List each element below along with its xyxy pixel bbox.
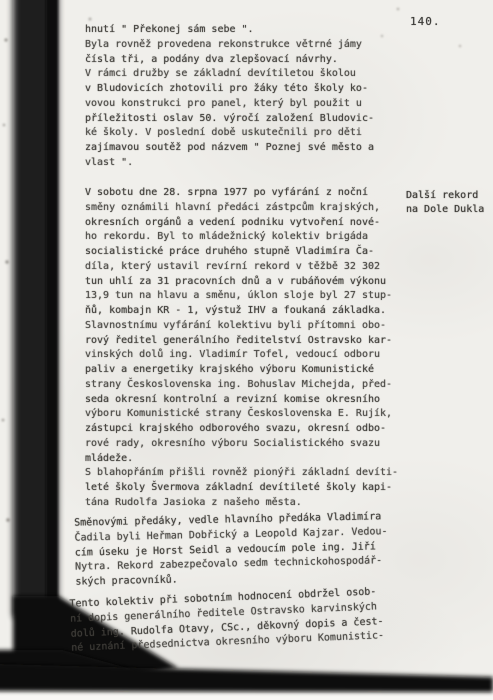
text-line: zástupci krajského odborového svazu, okr… xyxy=(85,422,403,437)
paragraph-2: V sobotu dne 28. srpna 1977 po vyfárání … xyxy=(85,186,403,511)
text-line: příležitosti oslav 50. výročí založení B… xyxy=(85,112,403,127)
paragraph-1: hnutí " Překonej sám sebe ".Byla rovněž … xyxy=(85,23,403,171)
text-line: zajímavou soutěž pod názvem " Poznej své… xyxy=(85,141,403,156)
text-line: výboru Komunistické strany Československ… xyxy=(85,407,403,422)
paragraph-2-warped-end: Tento kolektiv při sobotním hodnocení ob… xyxy=(69,585,389,657)
text-line: ho rekordu. Byl to mládežnický kolektiv … xyxy=(85,230,403,245)
text-line: vlast ". xyxy=(85,156,403,171)
text-line: Slavnostnímu vyfárání kolektivu byli pří… xyxy=(85,319,403,334)
text-line: okresních orgánů a vedení podniku vytvoř… xyxy=(85,216,403,231)
margin-note: Další rekord na Dole Dukla xyxy=(406,189,484,217)
text-line: díla, který ustavil revírní rekord v těž… xyxy=(85,260,403,275)
text-line: tána Rudolfa Jasioka z našeho města. xyxy=(85,496,403,511)
scanned-chronicle-page: 140. hnutí " Překonej sám sebe ".Byla ro… xyxy=(0,0,493,700)
text-line: paliv a energetiky krajského výboru Komu… xyxy=(85,363,403,378)
text-line: ké školy. V poslední době uskutečnili pr… xyxy=(85,126,403,141)
text-line: vinských dolů ing. Vladimír Tofel, vedou… xyxy=(85,348,403,363)
text-line: seda okresní kontrolní a revizní komise … xyxy=(85,393,403,408)
text-line: hnutí " Překonej sám sebe ". xyxy=(85,23,403,38)
text-line: čísla tři, a podány dva zlepšovací návrh… xyxy=(85,53,403,68)
text-line: strany Československa ing. Bohuslav Mich… xyxy=(85,378,403,393)
text-line: socialistické práce druhého stupně Vladi… xyxy=(85,245,403,260)
text-line: vovou konstrukci pro panel, který byl po… xyxy=(85,97,403,112)
text-line: rové rady, okresního výboru Socialistick… xyxy=(85,437,403,452)
text-line: V rámci družby se základní devítiletou š… xyxy=(85,67,403,82)
text-line: V sobotu dne 28. srpna 1977 po vyfárání … xyxy=(85,186,403,201)
text-line: mládeže. xyxy=(85,452,403,467)
text-line: 13,9 tun na hlavu a směnu, úklon sloje b… xyxy=(85,289,403,304)
text-line: Byla rovněž provedena rekonstrukce větrn… xyxy=(85,38,403,53)
text-line: S blahopřáním přišli rovněž pionýři zákl… xyxy=(85,466,403,481)
text-line: v Bludovicích zhotovili pro žáky této šk… xyxy=(85,82,403,97)
body-text: hnutí " Překonej sám sebe ".Byla rovněž … xyxy=(0,0,493,700)
text-line: rový ředitel generálního ředitelství Ost… xyxy=(85,334,403,349)
text-line: tun uhlí za 31 pracovních dnů a v rubáňo… xyxy=(85,275,403,290)
text-line: leté školy Švermova základní devítileté … xyxy=(85,481,403,496)
text-line: směny oznámili hlavní předáci zástpcům k… xyxy=(85,201,403,216)
paragraph-2-warped: Směnovými předáky, vedle hlavního předák… xyxy=(74,510,393,590)
margin-note-line: na Dole Dukla xyxy=(406,203,484,217)
text-line: ňů, kombajn KR - 1, výstuž IHV a foukaná… xyxy=(85,304,403,319)
margin-note-line: Další rekord xyxy=(406,189,484,203)
